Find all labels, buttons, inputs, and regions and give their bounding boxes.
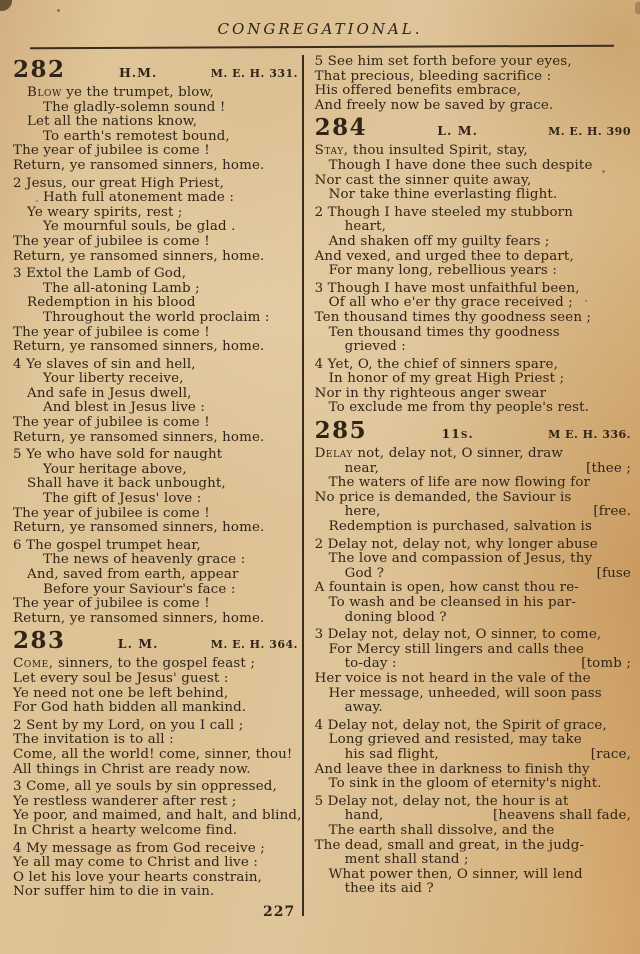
hymn-line: Come, all the world! come, sinner, thou! <box>13 748 298 763</box>
verse: 4 Ye slaves of sin and hell,Your liberty… <box>13 358 298 446</box>
verse: 5 Delay not, delay not, the hour is atha… <box>315 795 631 897</box>
hymn-meter: 11s. <box>367 427 548 442</box>
verse: 4 Yet, O, the chief of sinners spare,In … <box>315 358 631 416</box>
hymn-line: 3 Come, all ye souls by sin oppressed, <box>13 780 298 795</box>
hymn-line: The news of heavenly grace : <box>13 553 298 568</box>
hymn-line: Though I have done thee such despite <box>315 159 631 174</box>
paper-speck <box>57 9 60 12</box>
hymnal-page: CONGREGATIONAL. 282H.M.M. E. H. 331.Blow… <box>0 0 640 954</box>
hymn-number: 285 <box>315 419 368 443</box>
hymn-line: thee its aid ? <box>315 882 631 897</box>
hymn-line: 4 Ye slaves of sin and hell, <box>13 358 298 373</box>
hymn-line: For many long, rebellious years : <box>315 264 631 279</box>
hymn-meter: H.M. <box>66 66 211 81</box>
hymn-line: Stay, thou insulted Spirit, stay, <box>315 144 631 159</box>
hymn-line: For Mercy still lingers and calls thee <box>315 643 631 658</box>
hymn-line: And, saved from earth, appear <box>13 568 298 583</box>
hymn-meter: L. M. <box>367 124 548 139</box>
lead-word: Delay <box>315 446 353 461</box>
hymn-line: 2 Jesus, our great High Priest, <box>13 177 298 192</box>
verse: Come, sinners, to the gospel feast ;Let … <box>13 657 298 715</box>
hymn-line: Redemption in his blood <box>13 296 298 311</box>
hymn-line: God ?[fuse <box>315 567 631 582</box>
hymn-line: The gladly-solemn sound ! <box>13 101 298 116</box>
verse: 2 Though I have steeled my stubbornheart… <box>315 206 631 279</box>
hymn-line: 5 Ye who have sold for naught <box>13 448 298 463</box>
hymn-line: 2 Delay not, delay not, why longer abuse <box>315 538 631 553</box>
hymn-line: 5 Delay not, delay not, the hour is at <box>315 795 631 810</box>
hymn-line: And leave thee in darkness to finish thy <box>315 763 631 778</box>
left-column: 282H.M.M. E. H. 331.Blow ye the trumpet,… <box>13 55 298 916</box>
verse: 3 Though I have most unfaithful been,Of … <box>315 282 631 355</box>
hymn-number: 284 <box>315 116 368 140</box>
hymn-ref: M. E. H. 331. <box>211 67 298 82</box>
hymn-line: And shaken off my guilty fears ; <box>315 235 631 250</box>
header-rule <box>30 45 614 49</box>
hymn-line: Return, ye ransomed sinners, home. <box>13 340 298 355</box>
hymn-line: ment shall stand ; <box>315 853 631 868</box>
catchword: [race, <box>591 748 631 763</box>
hymn-line: Ye mournful souls, be glad . <box>13 220 298 235</box>
hymn-line: Redemption is purchased, salvation is <box>315 520 631 535</box>
hymn-line: To wash and be cleansed in his par- <box>315 596 631 611</box>
hymn-line: O let his love your hearts constrain, <box>13 871 298 886</box>
lead-word: Stay, <box>315 143 349 158</box>
hymn-line: The waters of life are now flowing for <box>315 476 631 491</box>
hymn-line: Let every soul be Jesus' guest : <box>13 672 298 687</box>
hymn-line: Her message, unheeded, will soon pass <box>315 687 631 702</box>
verse: 5 See him set forth before your eyes,Tha… <box>315 55 631 113</box>
hymn-line: Delay not, delay not, O sinner, draw <box>315 447 631 462</box>
hymn-line: Return, ye ransomed sinners, home. <box>13 250 298 265</box>
hymn-line: Shall have it back unbought, <box>13 477 298 492</box>
verse: 3 Delay not, delay not, O sinner, to com… <box>315 628 631 716</box>
hymn-line: Ten thousand times thy goodness <box>315 326 631 341</box>
verse: 2 Jesus, our great High Priest,Hath full… <box>13 177 298 265</box>
hymn-line: The year of jubilee is come ! <box>13 235 298 250</box>
catchword: [tomb ; <box>581 657 631 672</box>
hymn-line: And safe in Jesus dwell, <box>13 387 298 402</box>
hymn-line: grieved : <box>315 340 631 355</box>
hymn-line: And blest in Jesus live : <box>13 401 298 416</box>
hymn-line: Your heritage above, <box>13 463 298 478</box>
hymn-line: Your liberty receive, <box>13 372 298 387</box>
lead-word: Come, <box>13 656 54 671</box>
hymn-line: Return, ye ransomed sinners, home. <box>13 431 298 446</box>
hymn-line: In honor of my great High Priest ; <box>315 372 631 387</box>
hymn-line: 3 Delay not, delay not, O sinner, to com… <box>315 628 631 643</box>
hymn-line: For God hath bidden all mankind. <box>13 701 298 716</box>
hymn-line: Long grieved and resisted, may take <box>315 733 631 748</box>
hymn-line: hand,[heavens shall fade, <box>315 809 631 824</box>
verse: 3 Come, all ye souls by sin oppressed,Ye… <box>13 780 298 838</box>
hymn-meter: L. M. <box>66 637 211 652</box>
hymn-line: Of all who e'er thy grace received ; <box>315 296 631 311</box>
hymn-line: What power then, O sinner, will lend <box>315 868 631 883</box>
hymn-line: near,[thee ; <box>315 462 631 477</box>
hymn-line: The year of jubilee is come ! <box>13 144 298 159</box>
hymn-line: The dead, small and great, in the judg- <box>315 839 631 854</box>
paper-speck <box>635 2 640 14</box>
hymn-line: Blow ye the trumpet, blow, <box>13 86 298 101</box>
hymn-line: The gift of Jesus' love : <box>13 492 298 507</box>
verse: 2 Delay not, delay not, why longer abuse… <box>315 538 631 626</box>
hymn-line: And freely now be saved by grace. <box>315 99 631 114</box>
hymn-line: That precious, bleeding sacrifice : <box>315 70 631 85</box>
verse: 2 Sent by my Lord, on you I call ;The in… <box>13 719 298 777</box>
hymn-line: His offered benefits embrace, <box>315 84 631 99</box>
hymn-line: 2 Sent by my Lord, on you I call ; <box>13 719 298 734</box>
hymn-line: 5 See him set forth before your eyes, <box>315 55 631 70</box>
verse: 4 Delay not, delay not, the Spirit of gr… <box>315 719 631 792</box>
right-column: 5 See him set forth before your eyes,Tha… <box>304 55 631 916</box>
hymn-line: Ye poor, and maimed, and halt, and blind… <box>13 809 298 824</box>
hymn-header-283: 283L. M.M. E. H. 364. <box>13 629 298 653</box>
hymn-line: Nor suffer him to die in vain. <box>13 885 298 900</box>
hymn-line: The year of jubilee is come ! <box>13 507 298 522</box>
hymn-ref: M. E. H. 364. <box>211 638 298 653</box>
hymn-header-284: 284L. M.M. E. H. 390 <box>315 116 631 140</box>
hymn-line: Ye weary spirits, rest ; <box>13 206 298 221</box>
hymn-line: 2 Though I have steeled my stubborn <box>315 206 631 221</box>
hymn-line: doning blood ? <box>315 611 631 626</box>
hymn-line: Return, ye ransomed sinners, home. <box>13 159 298 174</box>
hymn-line: 4 Yet, O, the chief of sinners spare, <box>315 358 631 373</box>
hymn-line: 4 Delay not, delay not, the Spirit of gr… <box>315 719 631 734</box>
hymn-line: here,[free. <box>315 505 631 520</box>
verse: 6 The gospel trumpet hear,The news of he… <box>13 539 298 627</box>
hymn-line: Nor take thine everlasting flight. <box>315 188 631 203</box>
hymn-line: Her voice is not heard in the vale of th… <box>315 672 631 687</box>
hymn-line: The year of jubilee is come ! <box>13 326 298 341</box>
catchword: [free. <box>593 505 631 520</box>
hymn-line: 3 Extol the Lamb of God, <box>13 267 298 282</box>
hymn-line: Nor in thy righteous anger swear <box>315 387 631 402</box>
hymn-number: 282 <box>13 58 66 82</box>
hymn-line: Ten thousand times thy goodness seen ; <box>315 311 631 326</box>
verse: 3 Extol the Lamb of God,The all-atoning … <box>13 267 298 355</box>
catchword: [thee ; <box>586 462 631 477</box>
verse: 4 My message as from God receive ;Ye all… <box>13 842 298 900</box>
hymn-line: Before your Saviour's face : <box>13 583 298 598</box>
hymn-line: No price is demanded, the Saviour is <box>315 491 631 506</box>
hymn-line: The year of jubilee is come ! <box>13 416 298 431</box>
hymn-line: Return, ye ransomed sinners, home. <box>13 521 298 536</box>
hymn-line: Ye need not one be left behind, <box>13 687 298 702</box>
hymn-line: Let all the nations know, <box>13 115 298 130</box>
hymn-line: his sad flight,[race, <box>315 748 631 763</box>
hymn-line: And vexed, and urged thee to depart, <box>315 250 631 265</box>
hymn-ref: M E. H. 336. <box>548 428 631 443</box>
hymn-line: To exclude me from thy people's rest. <box>315 401 631 416</box>
hymn-line: away. <box>315 701 631 716</box>
hymn-line: Throughout the world proclaim : <box>13 311 298 326</box>
running-head: CONGREGATIONAL. <box>0 20 640 38</box>
hymn-line: Return, ye ransomed sinners, home. <box>13 612 298 627</box>
hymn-line: The year of jubilee is come ! <box>13 597 298 612</box>
text-columns: 282H.M.M. E. H. 331.Blow ye the trumpet,… <box>13 55 631 916</box>
verse: Stay, thou insulted Spirit, stay,Though … <box>315 144 631 202</box>
hymn-line: The love and compassion of Jesus, thy <box>315 552 631 567</box>
hymn-header-282: 282H.M.M. E. H. 331. <box>13 58 298 82</box>
hymn-ref: M. E. H. 390 <box>548 125 631 140</box>
hymn-line: To earth's remotest bound, <box>13 130 298 145</box>
verse: Delay not, delay not, O sinner, drawnear… <box>315 447 631 535</box>
hymn-line: To sink in the gloom of eternity's night… <box>315 777 631 792</box>
hymn-line: heart, <box>315 220 631 235</box>
hymn-line: to-day :[tomb ; <box>315 657 631 672</box>
hymn-line: A fountain is open, how canst thou re- <box>315 581 631 596</box>
verse: 5 Ye who have sold for naughtYour herita… <box>13 448 298 536</box>
hymn-line: The invitation is to all : <box>13 733 298 748</box>
hymn-line: Hath full atonement made : <box>13 191 298 206</box>
hymn-line: The all-atoning Lamb ; <box>13 282 298 297</box>
hymn-line: The earth shall dissolve, and the <box>315 824 631 839</box>
hymn-line: Ye restless wanderer after rest ; <box>13 795 298 810</box>
hymn-number: 283 <box>13 629 66 653</box>
hymn-header-285: 28511s.M E. H. 336. <box>315 419 631 443</box>
hymn-line: 4 My message as from God receive ; <box>13 842 298 857</box>
hymn-line: Ye all may come to Christ and live : <box>13 856 298 871</box>
catchword: [heavens shall fade, <box>493 809 631 824</box>
catchword: [fuse <box>597 567 631 582</box>
page-number: 227 <box>263 904 295 920</box>
hymn-line: 3 Though I have most unfaithful been, <box>315 282 631 297</box>
paper-speck <box>0 0 12 11</box>
lead-word: Blow <box>27 85 62 100</box>
hymn-line: All things in Christ are ready now. <box>13 763 298 778</box>
hymn-line: In Christ a hearty welcome find. <box>13 824 298 839</box>
verse: Blow ye the trumpet, blow,The gladly-sol… <box>13 86 298 174</box>
hymn-line: Come, sinners, to the gospel feast ; <box>13 657 298 672</box>
hymn-line: 6 The gospel trumpet hear, <box>13 539 298 554</box>
hymn-line: Nor cast the sinner quite away, <box>315 174 631 189</box>
